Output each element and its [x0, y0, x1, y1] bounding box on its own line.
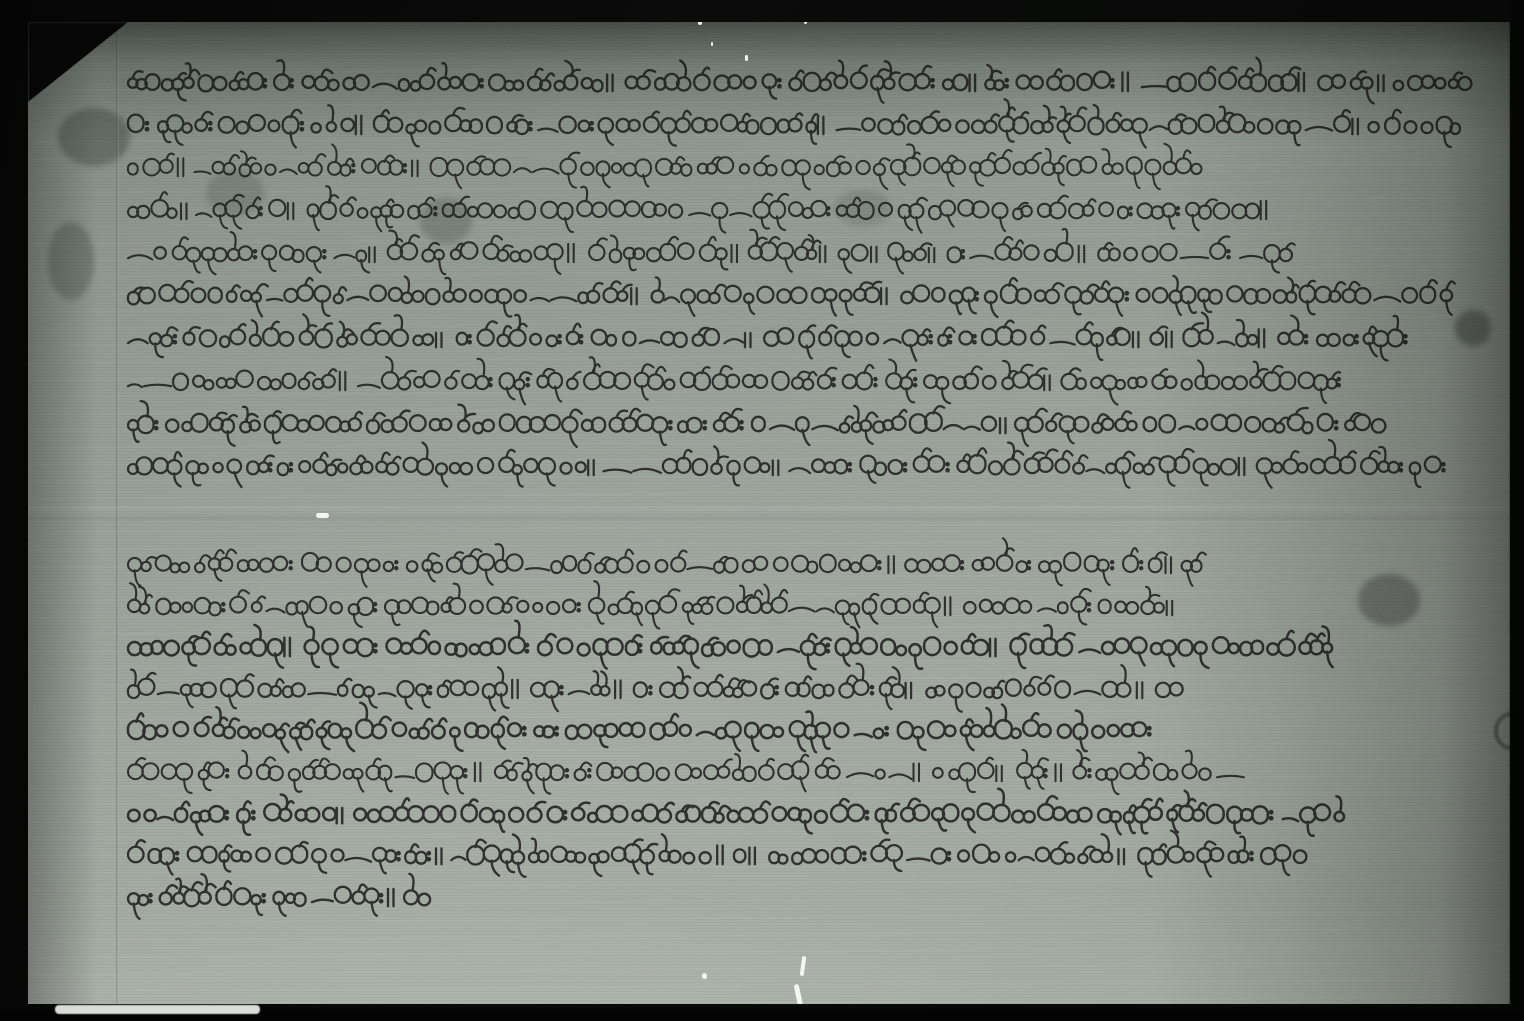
film-scratch: [702, 973, 707, 979]
handwriting-stroke: [125, 629, 1313, 671]
manuscript-line: ၉နီဝောသားး။တနင်္ဂနွေမင်းတရားး။၁ဝရု။အင်းန…: [125, 712, 1485, 754]
manuscript-line: သားလတ်ရွှေနန်းပု။၁၂၄၅။အံအရျုဇရော့ငါးတပ်ဒ…: [125, 796, 1485, 838]
lower-text-block: သည်းအရျဥနန်းစံည်။ရွှေနန်းတည်စံတိုး။၈၄၆။န…: [125, 546, 1485, 920]
handwriting-stroke: [125, 320, 1421, 362]
manuscript-line: ဆဲတလနှင့်ပြောင်းကြွ။အမိရွှေမင်း။ဆဲ့တလာ၄င…: [125, 671, 1485, 713]
manuscript-line: သည်းအရျဥနန်းစံည်။ရွှေနန်းတည်စံတိုး။၈၄၆။န…: [125, 546, 1485, 588]
manuscript-line: သထိုးစော။၅၁၆။နောလောပြခံ။ပြည်ကခဲ့။၄၅။လက်ယ…: [125, 235, 1485, 278]
manuscript-page: ထီးရှစ်ဏီသီဟသူ။၂၅။ထုရျလျထွင်း။ဓင်လှုပေါ်…: [28, 22, 1510, 1004]
handwriting-stroke: [125, 64, 1475, 106]
manuscript-line: နောနောအသာလွန်မင်။၈၁၃။အင်နဲ့ဝ်အနီးငါးတပ်က…: [125, 629, 1485, 671]
handwriting-stroke: [125, 192, 1286, 234]
handwriting-stroke: [125, 712, 1151, 754]
film-scratch: [804, 22, 807, 24]
handwriting-stroke: [125, 796, 1354, 838]
upper-text-block: ထီးရှစ်ဏီသီဟသူ။၂၅။ထုရျလျထွင်း။ဓင်လှုပေါ်…: [125, 64, 1485, 491]
manuscript-line: ကိုးနတ်စားဆုံ။မြှင်းစံ။၈၃၁။ကိုးနတ်တံ။မှိ…: [125, 192, 1485, 235]
film-scratch: [698, 22, 702, 25]
manuscript-line: ရှစ်ကိုးလေးနရပတိကြီး။၂၄၅။ကိုးနှင့်နီ။ညီမ…: [125, 406, 1485, 449]
handwriting-stroke: [125, 406, 1381, 448]
manuscript-line: ပိုင်သငယောသျ။ငး၄။ရင့်ကိုးရျ။ရွှေတီးစိုး။…: [125, 320, 1485, 363]
photo-bottom-edge: [0, 1006, 1524, 1021]
film-scratch: [800, 956, 807, 976]
handwriting-stroke: [125, 149, 1178, 191]
stain: [48, 222, 94, 300]
manuscript-line: မဟာသီဟသူရ။၁၃၇။ရံဝန်း၁။ဒုတ်ယမင်းခေါ်ငခါ။၂…: [125, 149, 1485, 192]
film-scratch: [794, 984, 804, 1004]
manuscript-line: နောလောအောဝ်ဖျက်စီးဖြန်။၈၆၁။ရွေလေးလျုံ။ပြ…: [125, 363, 1485, 406]
horizontal-crease: [28, 506, 1510, 520]
manuscript-line: မှတ်ကြမင်းစည်စာ။ ။: [125, 879, 1485, 921]
handwriting-stroke: [125, 107, 1455, 149]
manuscript-line: ထီးရှစ်ဏီသီဟသူ။၂၅။ထုရျလျထွင်း။ဓင်လှုပေါ်…: [125, 64, 1485, 107]
handwriting-stroke: [125, 277, 1455, 319]
handwriting-stroke: [125, 546, 1205, 588]
manuscript-line: ဆိုးညှင်းဖြစ်။၃၇။ရှားနှစ်အခါ။ရဲလျောဉ်စွာ…: [125, 107, 1485, 150]
manuscript-line: ဥညအလ၊။ကုန်တောင်လော်င်ရာဇာ။၁၁၄၅။အအောကန့်က…: [125, 754, 1485, 796]
handwriting-stroke: [125, 879, 415, 921]
handwriting-stroke: [125, 837, 1306, 879]
film-scratch: [711, 42, 713, 46]
photo-right-edge: [1508, 0, 1524, 1021]
photograph-background: ထီးရှစ်ဏီသီဟသူ။၂၅။ထုရျလျထွင်း။ဓင်လှုပေါ်…: [0, 0, 1524, 1021]
handwriting-stroke: [125, 754, 1246, 796]
handwriting-stroke: [125, 671, 1165, 713]
vertical-crease: [116, 22, 119, 1004]
manuscript-line: ရက်ထားသတ္တရော့ကာလ။အမရဈ၅ပြည်ကြီးပိုင်။အင်…: [125, 837, 1485, 879]
handwriting-stroke: [125, 235, 1306, 277]
film-scratch: [745, 55, 748, 61]
manuscript-line: နောပစ္စာပစ္စုပြည်သိုစနံ။၅၄၈။တောချီုပြခံသ…: [125, 277, 1485, 320]
ring-stain: [1494, 712, 1510, 750]
handwriting-stroke: [125, 363, 1340, 405]
film-scratch: [316, 513, 329, 518]
handwriting-stroke: [125, 588, 1178, 630]
stain: [58, 108, 130, 166]
handwriting-stroke: [125, 448, 1435, 490]
manuscript-line: ဆောင့်ဆက်။၉၀၅။ပြည်ဖြို့ဖြန်းဖြန်းဗျက်။နေ…: [125, 448, 1485, 491]
manuscript-line: တချက်အဲဝဖျါ။နောပစ္စာနဝသောင်ရမ်းရခံ။၅၄။နေ…: [125, 588, 1485, 630]
film-edge-light: [55, 1005, 260, 1014]
